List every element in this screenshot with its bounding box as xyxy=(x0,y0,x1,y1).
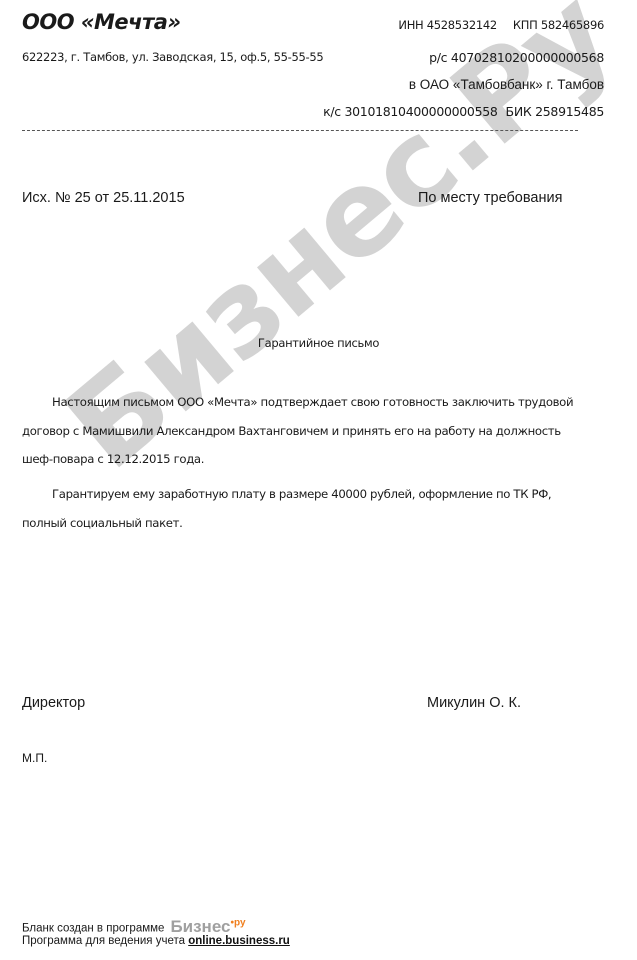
ks: к/с 30101810400000000558 xyxy=(323,104,497,119)
logo-text: Бизнес xyxy=(170,917,230,936)
letter-title: Гарантийное письмо xyxy=(0,336,637,350)
tax-ids: ИНН 4528532142КПП 582465896 xyxy=(398,18,604,32)
footer: Бланк создан в программеБизнес•ру Програ… xyxy=(22,917,290,947)
company-name: ООО «Мечта» xyxy=(22,10,181,34)
footer-line-2: Программа для ведения учета online.busin… xyxy=(22,935,290,947)
paragraph: Гарантируем ему заработную плату в разме… xyxy=(22,480,592,537)
kpp: КПП 582465896 xyxy=(513,18,604,32)
footer-text: Программа для ведения учета xyxy=(22,935,185,947)
paragraph: Настоящим письмом ООО «Мечта» подтвержда… xyxy=(22,388,592,474)
outgoing-reference: Исх. № 25 от 25.11.2015 xyxy=(22,190,185,206)
footer-text: Бланк создан в программе xyxy=(22,923,164,935)
signatory-name: Микулин О. К. xyxy=(427,695,521,711)
signatory-position: Директор xyxy=(22,695,85,711)
destination: По месту требования xyxy=(418,190,562,206)
logo-suffix: •ру xyxy=(231,917,246,928)
company-address: 622223, г. Тамбов, ул. Заводская, 15, оф… xyxy=(22,50,323,64)
stamp-place: М.П. xyxy=(22,751,47,765)
footer-line-1: Бланк создан в программеБизнес•ру xyxy=(22,917,290,935)
website-link[interactable]: online.business.ru xyxy=(188,935,290,947)
settlement-account: р/с 40702810200000000568 xyxy=(429,50,604,65)
inn: ИНН 4528532142 xyxy=(398,18,497,32)
business-ru-logo: Бизнес•ру xyxy=(170,917,245,936)
bank-name: в ОАО «Тамбовбанк» г. Тамбов xyxy=(409,77,604,92)
divider xyxy=(22,130,578,131)
bik: БИК 258915485 xyxy=(506,104,604,119)
correspondent-account: к/с 30101810400000000558БИК 258915485 xyxy=(323,104,604,119)
